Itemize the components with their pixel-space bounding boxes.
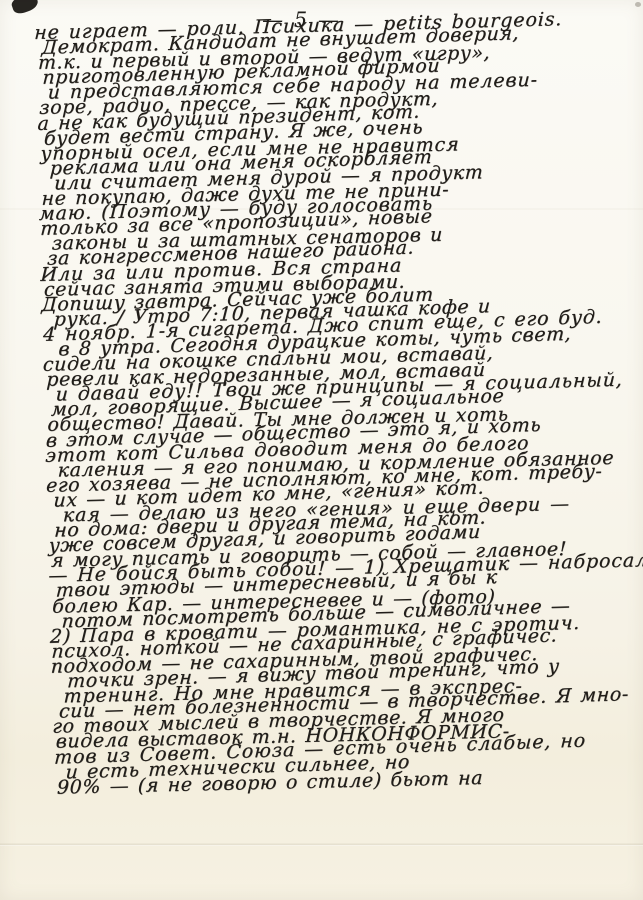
handwritten-text-block: не играет — роли. Психика — petits bourg… xyxy=(34,11,642,796)
scanned-letter-page: — 5 — не играет — роли. Психика — petits… xyxy=(0,0,643,900)
scan-speck-artifact xyxy=(635,2,641,7)
paper-fold-crease xyxy=(0,843,643,846)
